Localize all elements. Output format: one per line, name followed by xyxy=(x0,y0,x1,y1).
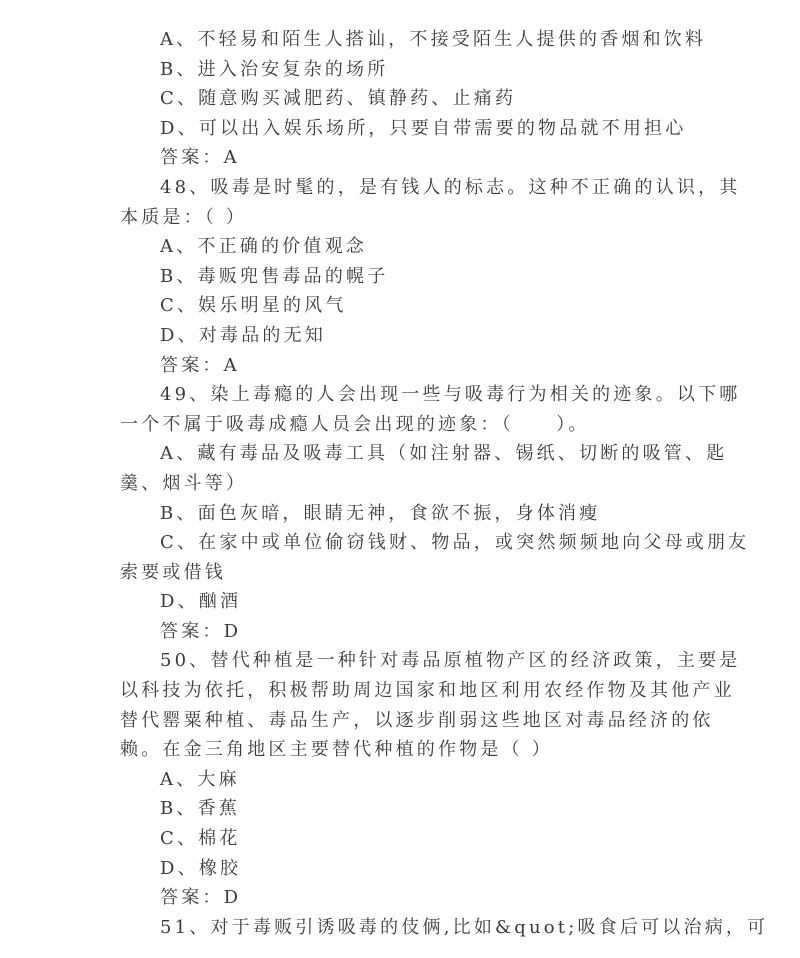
answer-line: 答案：A xyxy=(120,143,684,173)
option-a: A、藏有毒品及吸毒工具（如注射器、锡纸、切断的吸管、匙 xyxy=(120,439,684,469)
answer-line: 答案：D xyxy=(120,883,684,913)
question-51: 51、对于毒贩引诱吸毒的伎俩,比如&quot;吸食后可以治病，可 xyxy=(120,913,684,943)
option-c: C、在家中或单位偷窃钱财、物品，或突然频频地向父母或朋友 xyxy=(120,528,684,558)
option-c: C、棉花 xyxy=(120,824,684,854)
option-d: D、橡胶 xyxy=(120,854,684,884)
question-text-continued: 赖。在金三角地区主要替代种植的作物是（ ） xyxy=(120,735,684,765)
option-a: A、大麻 xyxy=(120,765,684,795)
question-49: 49、染上毒瘾的人会出现一些与吸毒行为相关的迹象。以下哪 一个不属于吸毒成瘾人员… xyxy=(120,380,684,646)
question-48: 48、吸毒是时髦的，是有钱人的标志。这种不正确的认识，其 本质是：（ ） A、不… xyxy=(120,173,684,380)
option-d: D、对毒品的无知 xyxy=(120,321,684,351)
question-text: 51、对于毒贩引诱吸毒的伎俩,比如&quot;吸食后可以治病，可 xyxy=(120,913,684,943)
option-b: B、毒贩兜售毒品的幌子 xyxy=(120,262,684,292)
question-text: 49、染上毒瘾的人会出现一些与吸毒行为相关的迹象。以下哪 xyxy=(120,380,684,410)
question-47-options: A、不轻易和陌生人搭讪，不接受陌生人提供的香烟和饮料 B、进入治安复杂的场所 C… xyxy=(120,25,684,173)
option-a: A、不轻易和陌生人搭讪，不接受陌生人提供的香烟和饮料 xyxy=(120,25,684,55)
question-text-continued: 本质是：（ ） xyxy=(120,203,684,233)
document-page: A、不轻易和陌生人搭讪，不接受陌生人提供的香烟和饮料 B、进入治安复杂的场所 C… xyxy=(120,25,684,942)
question-text-continued: 以科技为依托，积极帮助周边国家和地区利用农经作物及其他产业 xyxy=(120,676,684,706)
option-b: B、香蕉 xyxy=(120,794,684,824)
answer-line: 答案：A xyxy=(120,351,684,381)
option-b: B、进入治安复杂的场所 xyxy=(120,55,684,85)
question-text-continued: 替代罂粟种植、毒品生产，以逐步削弱这些地区对毒品经济的依 xyxy=(120,706,684,736)
question-text: 48、吸毒是时髦的，是有钱人的标志。这种不正确的认识，其 xyxy=(120,173,684,203)
option-b: B、面色灰暗，眼睛无神，食欲不振，身体消瘦 xyxy=(120,499,684,529)
question-text: 50、替代种植是一种针对毒品原植物产区的经济政策，主要是 xyxy=(120,646,684,676)
option-c-continued: 索要或借钱 xyxy=(120,558,684,588)
option-c: C、随意购买减肥药、镇静药、止痛药 xyxy=(120,84,684,114)
option-a-continued: 羹、烟斗等） xyxy=(120,469,684,499)
option-a: A、不正确的价值观念 xyxy=(120,232,684,262)
option-c: C、娱乐明星的风气 xyxy=(120,291,684,321)
option-d: D、酗酒 xyxy=(120,587,684,617)
option-d: D、可以出入娱乐场所，只要自带需要的物品就不用担心 xyxy=(120,114,684,144)
question-text-continued: 一个不属于吸毒成瘾人员会出现的迹象：（ ）。 xyxy=(120,410,684,440)
answer-line: 答案：D xyxy=(120,617,684,647)
question-50: 50、替代种植是一种针对毒品原植物产区的经济政策，主要是 以科技为依托，积极帮助… xyxy=(120,646,684,912)
